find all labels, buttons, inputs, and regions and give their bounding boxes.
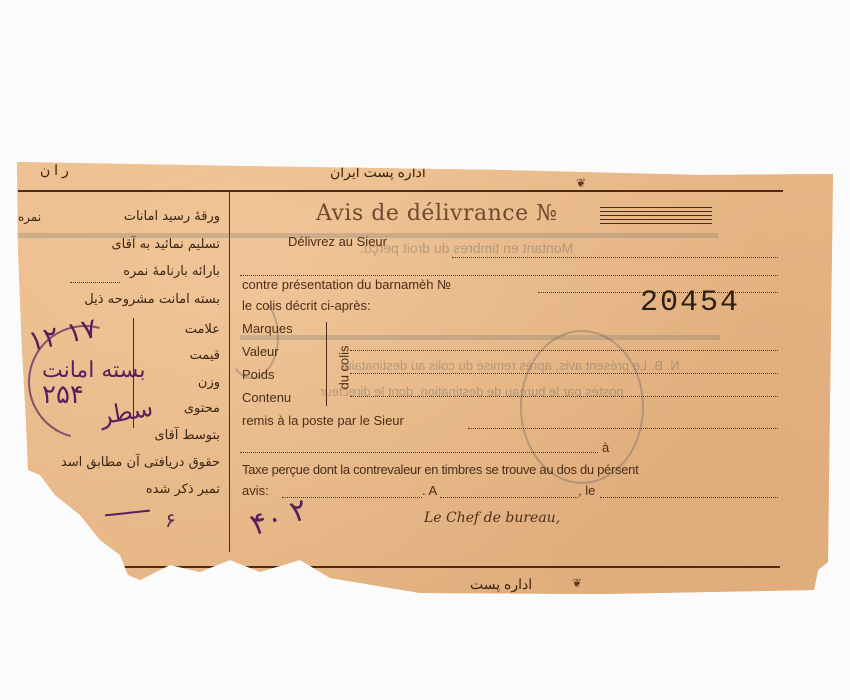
contents-field[interactable]: [350, 396, 778, 397]
avis-label: avis:: [242, 483, 269, 498]
deliver-to-label: Délivrez au Sieur: [288, 234, 387, 249]
weight-field[interactable]: [350, 373, 778, 374]
stub-line-2: تسلیم نمائید به آقای: [111, 237, 220, 252]
stub-edge-fragment: نمره: [18, 210, 41, 224]
header-rule: [18, 190, 783, 192]
deliver-to-field-2[interactable]: [240, 275, 778, 276]
a-label: . A: [422, 483, 437, 498]
field-label-contents: Contenu: [242, 390, 291, 405]
stub-field-marks: علامت: [185, 322, 220, 337]
ink-stroke: [105, 510, 150, 517]
field-label-weight: Poids: [242, 367, 275, 382]
barnameh-number: 20454: [640, 286, 740, 320]
stub-line-3: بارائه بارنامهٔ نمره: [123, 264, 220, 279]
value-field[interactable]: [350, 350, 778, 351]
stub-line-by: بتوسط آقای: [154, 428, 220, 443]
number-lines: [600, 207, 712, 227]
date-field[interactable]: [600, 497, 778, 498]
header-persian-left: ر ا ن: [40, 162, 69, 179]
stub-line-fees: حقوق دریافتی آن مطابق اسد: [61, 455, 220, 470]
at-label: à: [602, 440, 609, 455]
fields-bracket-label: du colis: [337, 345, 352, 389]
handwritten-stub-5: ۶: [165, 508, 176, 532]
footer-rule: [120, 566, 780, 568]
posted-at-field[interactable]: [240, 452, 598, 453]
field-label-value: Valeur: [242, 344, 279, 359]
stub-line-stamp: تمبر ذکر شده: [146, 482, 220, 497]
stub-line-4: بسته امانت مشروحه ذیل: [84, 292, 220, 307]
stub-field-weight: وزن: [198, 375, 220, 390]
notice-title: Avis de délivrance №: [316, 201, 557, 226]
posted-by-field[interactable]: [468, 428, 778, 429]
document-paper: ر ا ن اداره پست ایران ❦ نمره ورقهٔ رسید …: [0, 0, 850, 700]
deliver-to-field[interactable]: [452, 257, 778, 258]
place-field[interactable]: [440, 497, 578, 498]
presentation-label: contre présentation du barnamèh №: [242, 277, 451, 292]
bleed-through-1: Montant en timbres du droit perçu.: [360, 240, 573, 256]
stub-field-contents: محتوی: [184, 401, 220, 416]
posted-by-label: remis à la poste par le Sieur: [242, 413, 404, 428]
field-label-marks: Marques: [242, 321, 293, 336]
handwritten-amount: ۴۰ ۲: [246, 492, 312, 543]
parcel-described-label: le colis décrit ci-après:: [242, 298, 371, 313]
le-label: , le: [578, 483, 595, 498]
tax-line: Taxe perçue dont la contrevaleur en timb…: [242, 462, 638, 477]
postmark-stamp: [520, 330, 644, 484]
ornament-icon: ❦: [576, 176, 586, 190]
stub-field-value: قیمت: [190, 348, 220, 363]
ornament-icon-bottom: ❦: [572, 576, 582, 590]
footer-persian: اداره پست: [470, 576, 532, 593]
stub-divider: [229, 192, 230, 552]
fields-bracket: [326, 322, 327, 406]
stub-line-1: ورقهٔ رسید امانات: [124, 209, 220, 224]
header-persian: اداره پست ایران: [330, 164, 426, 181]
signature-title: Le Chef de bureau,: [424, 510, 560, 526]
